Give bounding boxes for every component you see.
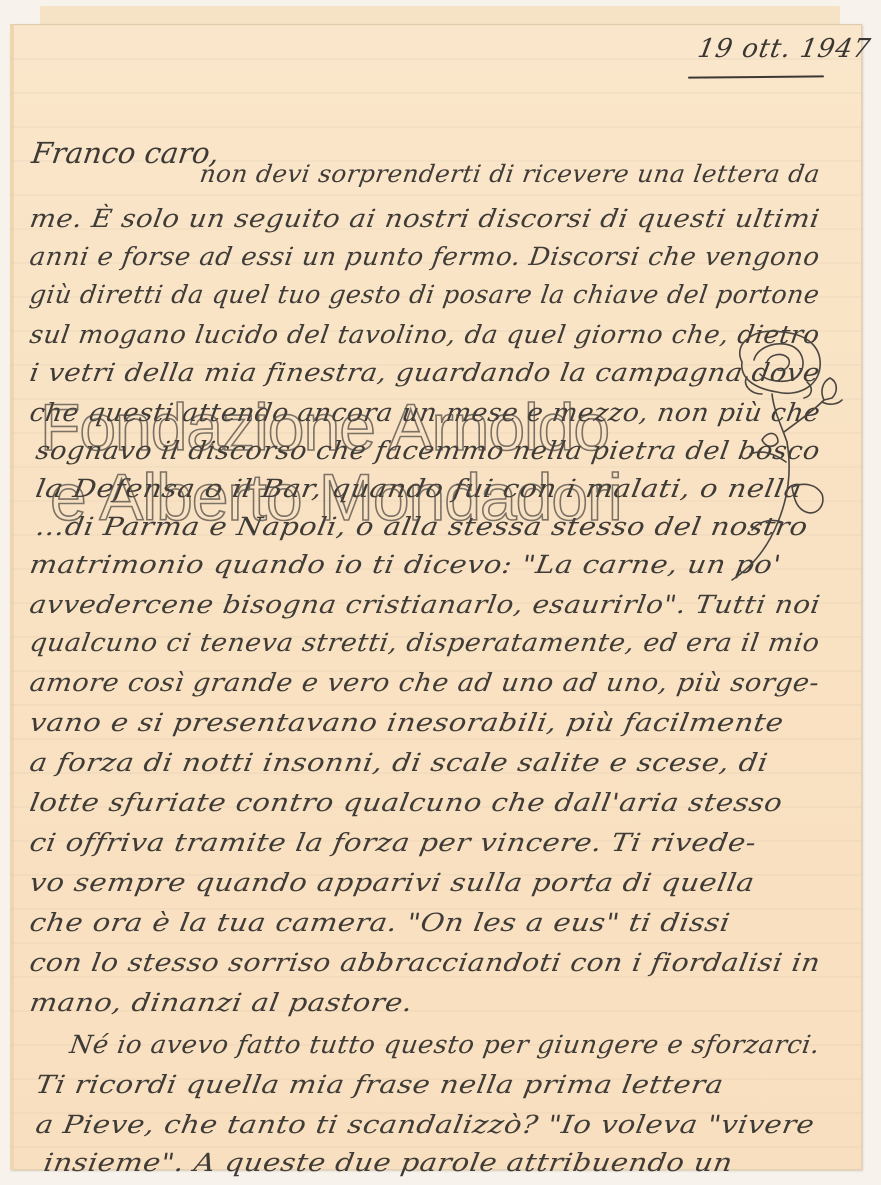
body-line: anni e forse ad essi un punto fermo. Dis… xyxy=(28,242,822,271)
rose-sketch-icon xyxy=(712,322,852,582)
body-line: matrimonio quando io ti dicevo: "La carn… xyxy=(28,550,784,579)
body-line: avvedercene bisogna cristianarlo, esauri… xyxy=(28,590,823,619)
body-line: mano, dinanzi al pastore. xyxy=(28,988,415,1017)
body-line: Né io avevo fatto tutto questo per giung… xyxy=(68,1030,822,1059)
body-line: sul mogano lucido del tavolino, da quel … xyxy=(28,320,822,349)
body-line: vano e si presentavano inesorabili, più … xyxy=(28,708,786,737)
body-line: i vetri della mia finestra, guardando la… xyxy=(28,358,822,387)
body-line: a forza di notti insonni, di scale salit… xyxy=(28,748,771,777)
body-line: insieme". A queste due parole attribuend… xyxy=(42,1148,735,1177)
body-line: vo sempre quando apparivi sulla porta di… xyxy=(28,868,757,897)
body-line: …di Parma e Napoli, o alla stessa stesso… xyxy=(34,512,810,541)
body-line: che ora è la tua camera. "On les a eus" … xyxy=(28,908,733,937)
body-line: la Defensa o il Bar, quando fui con i ma… xyxy=(34,474,805,503)
body-line: giù diretti da quel tuo gesto di posare … xyxy=(28,280,822,309)
body-line: ci offriva tramite la forza per vincere.… xyxy=(28,828,759,857)
body-line: qualcuno ci teneva stretti, disperatamen… xyxy=(28,628,822,657)
body-line: con lo stesso sorriso abbracciandoti con… xyxy=(28,948,823,977)
letter-body: non devi sorprenderti di ricevere una le… xyxy=(0,0,881,1185)
body-line: non devi sorprenderti di ricevere una le… xyxy=(198,160,822,188)
body-line: sognavo il discorso che facemmo nella pi… xyxy=(34,436,822,465)
body-line: a Pieve, che tanto ti scandalizzò? "Io v… xyxy=(34,1110,817,1139)
body-line: lotte sfuriate contro qualcuno che dall'… xyxy=(28,788,785,817)
body-line: Ti ricordi quella mia frase nella prima … xyxy=(34,1070,726,1099)
body-line: me. È solo un seguito ai nostri discorsi… xyxy=(28,204,822,233)
body-line: che questi attendo ancora un mese e mezz… xyxy=(28,398,823,427)
body-line: amore così grande e vero che ad uno ad u… xyxy=(28,668,822,697)
